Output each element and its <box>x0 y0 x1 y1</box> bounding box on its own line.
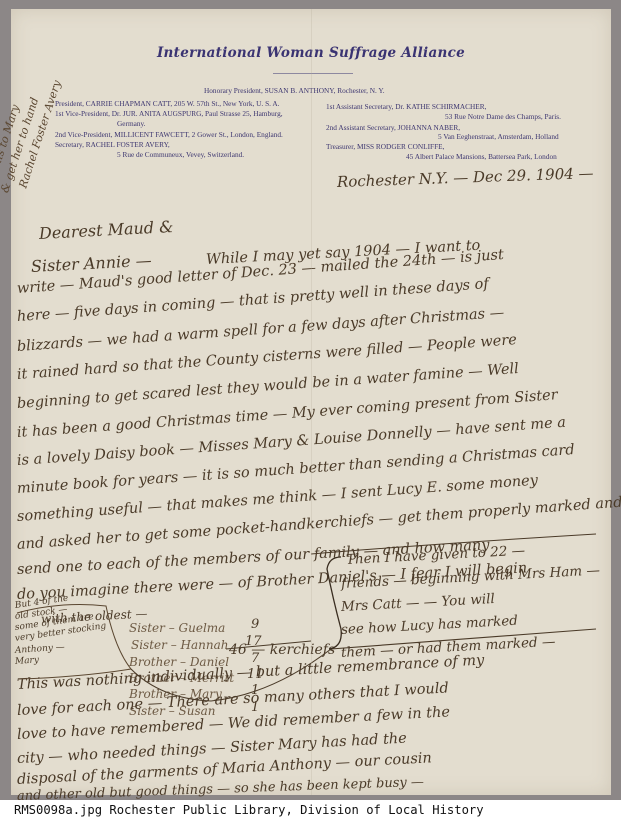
caption-bar: RMS0098a.jpg Rochester Public Library, D… <box>0 800 621 821</box>
letter-page: Give this to Mary & get her to hand Rach… <box>11 9 611 795</box>
caption-text: RMS0098a.jpg Rochester Public Library, D… <box>14 803 484 817</box>
ink-strokes <box>11 9 611 795</box>
